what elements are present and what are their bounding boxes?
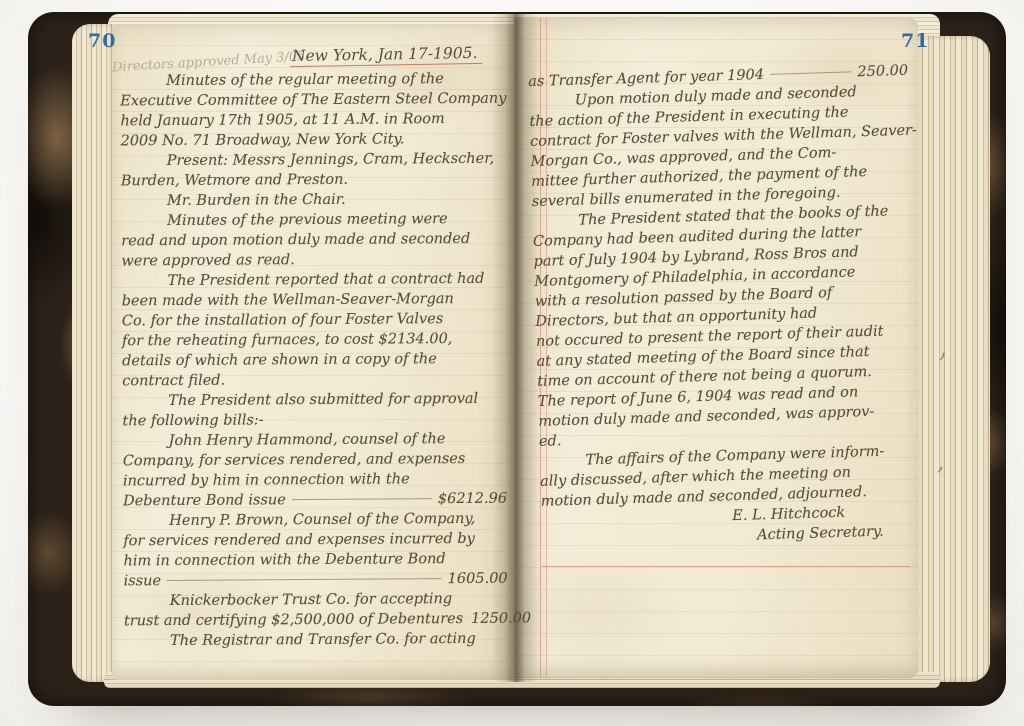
left-page-heading: Directors approved May 3/05 New York, Ja… <box>120 43 506 72</box>
handwritten-line: Executive Committee of The Eastern Steel… <box>120 89 506 112</box>
right-page-handwriting: as Transfer Agent for year 1904250.00Upo… <box>528 61 924 552</box>
handwritten-line: details of which are shown in a copy of … <box>122 349 508 372</box>
page-number-71: 71 <box>901 30 929 52</box>
right-page-lines: as Transfer Agent for year 1904250.00Upo… <box>528 61 924 552</box>
left-page-lines: Minutes of the regular meeting of theExe… <box>120 69 510 652</box>
handwritten-line: Co. for the installation of four Foster … <box>122 309 508 332</box>
handwritten-line: Company, for services rendered, and expe… <box>123 449 509 472</box>
handwritten-line: trust and certifying $2,500,000 of Deben… <box>124 609 510 632</box>
handwritten-line: been made with the Wellman-Seaver-Morgan <box>122 289 508 312</box>
ditto-dash-line <box>770 71 851 74</box>
amount-value: 1605.00 <box>448 569 510 589</box>
handwritten-line: for services rendered and expenses incur… <box>123 529 509 552</box>
handwritten-line: The President also submitted for approva… <box>122 389 508 412</box>
handwritten-line: Henry P. Brown, Counsel of the Company, <box>123 509 509 532</box>
place-date-heading: New York, Jan 17-1905. <box>290 44 482 67</box>
handwritten-line: The Registrar and Transfer Co. for actin… <box>124 629 510 652</box>
page-number-70: 70 <box>88 30 116 52</box>
ditto-dash-line <box>292 498 432 500</box>
handwritten-line: 2009 No. 71 Broadway, New York City. <box>120 129 506 152</box>
amount-value: $6212.96 <box>438 489 509 509</box>
handwritten-line: held January 17th 1905, at 11 A.M. in Ro… <box>120 109 506 132</box>
handwritten-line: Debenture Bond issue$6212.96 <box>123 489 509 512</box>
amount-value: 250.00 <box>857 61 910 83</box>
handwritten-line: Minutes of the previous meeting were <box>121 209 507 232</box>
pink-rule-line <box>542 566 910 567</box>
handwritten-line: Minutes of the regular meeting of the <box>120 69 506 92</box>
handwritten-line: The President reported that a contract h… <box>121 269 507 292</box>
handwritten-line: Burden, Wetmore and Preston. <box>121 169 507 192</box>
ditto-dash-line <box>167 578 442 581</box>
handwritten-line: for the reheating furnaces, to cost $213… <box>122 329 508 352</box>
handwritten-line: John Henry Hammond, counsel of the <box>123 429 509 452</box>
handwritten-line: him in connection with the Debenture Bon… <box>123 549 509 572</box>
handwritten-line: issue1605.00 <box>124 569 510 592</box>
amount-value: 1250.00 <box>471 608 533 628</box>
photo-backdrop: 70 71 Directors approved May 3/05 New Yo… <box>0 0 1024 726</box>
handwritten-line: the following bills:- <box>122 409 508 432</box>
page-stack-right-edge <box>912 36 990 682</box>
handwritten-line: incurred by him in connection with the <box>123 469 509 492</box>
handwritten-line: Mr. Burden in the Chair. <box>121 189 507 212</box>
handwritten-line: Present: Messrs Jennings, Cram, Hecksche… <box>121 149 507 172</box>
left-page-handwriting: Directors approved May 3/05 New York, Ja… <box>120 43 510 652</box>
handwritten-line: Knickerbocker Trust Co. for accepting <box>124 589 510 612</box>
handwritten-line: read and upon motion duly made and secon… <box>121 229 507 252</box>
handwritten-line: contract filed. <box>122 369 508 392</box>
handwritten-line: were approved as read. <box>121 249 507 272</box>
